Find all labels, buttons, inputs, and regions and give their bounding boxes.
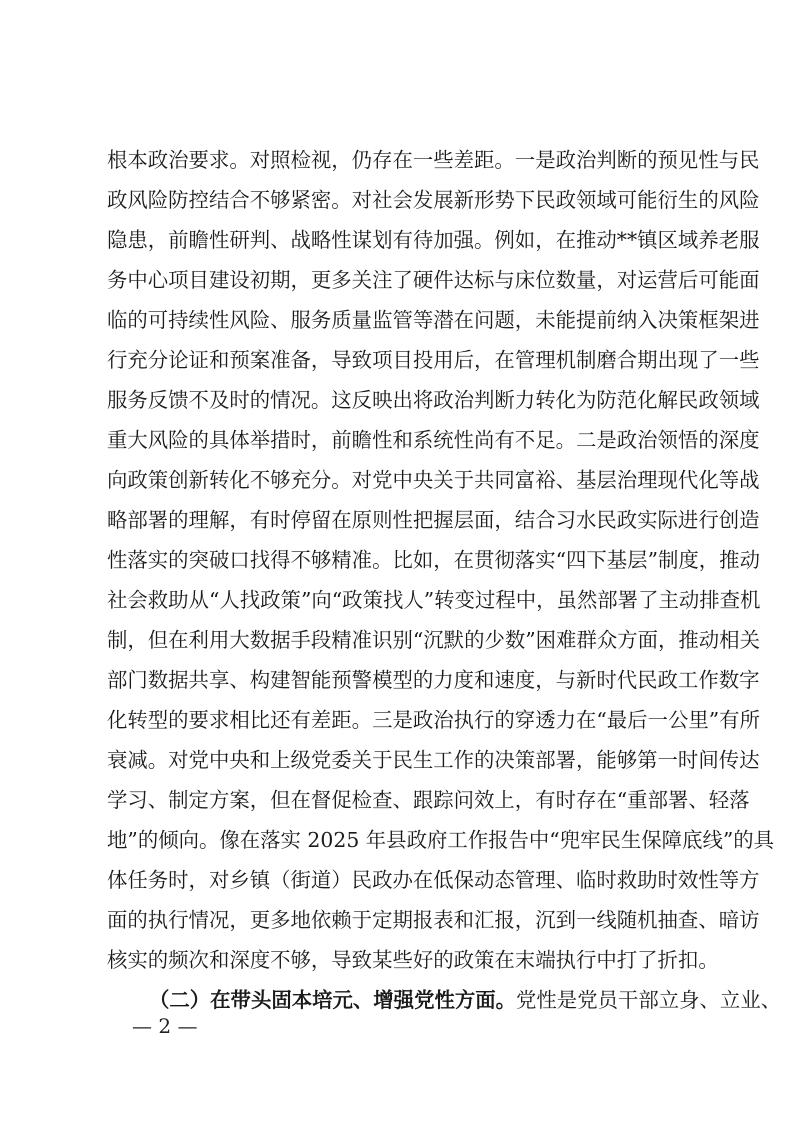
text-line: 衰减。对党中央和上级党委关于民生工作的决策部署，能够第一时间传达: [107, 743, 697, 783]
text-line: 行充分论证和预案准备，导致项目投用后，在管理机制磨合期出现了一些: [107, 343, 697, 383]
text-line: 性落实的突破口找得不够精准。比如，在贯彻落实“四下基层”制度，推动: [107, 543, 697, 583]
text-line: 地”的倾向。像在落实 2025 年县政府工作报告中“兜牢民生保障底线”的具: [107, 823, 697, 863]
text-line: 略部署的理解，有时停留在原则性把握层面，结合习水民政实际进行创造: [107, 503, 697, 543]
paragraph-political-gaps: 根本政治要求。对照检视，仍存在一些差距。一是政治判断的预见性与民 政风险防控结合…: [107, 143, 697, 983]
text-line: 社会救助从“人找政策”向“政策找人”转变过程中，虽然部署了主动排查机: [107, 583, 697, 623]
page-number: — 2 —: [132, 1014, 197, 1038]
document-body: 根本政治要求。对照检视，仍存在一些差距。一是政治判断的预见性与民 政风险防控结合…: [107, 143, 697, 1023]
text-line: 向政策创新转化不够充分。对党中央关于共同富裕、基层治理现代化等战: [107, 463, 697, 503]
text-line: 隐患，前瞻性研判、战略性谋划有待加强。例如，在推动**镇区域养老服: [107, 223, 697, 263]
text-line: 部门数据共享、构建智能预警模型的力度和速度，与新时代民政工作数字: [107, 663, 697, 703]
text-line: 体任务时，对乡镇（街道）民政办在低保动态管理、临时救助时效性等方: [107, 863, 697, 903]
text-line: 化转型的要求相比还有差距。三是政治执行的穿透力在“最后一公里”有所: [107, 703, 697, 743]
text-line: 学习、制定方案，但在督促检查、跟踪问效上，有时存在“重部署、轻落: [107, 783, 697, 823]
document-page: 根本政治要求。对照检视，仍存在一些差距。一是政治判断的预见性与民 政风险防控结合…: [0, 0, 793, 1122]
text-line: 核实的频次和深度不够，导致某些好的政策在末端执行中打了折扣。: [107, 943, 697, 983]
text-line: 面的执行情况，更多地依赖于定期报表和汇报，沉到一线随机抽查、暗访: [107, 903, 697, 943]
text-line: 服务反馈不及时的情况。这反映出将政治判断力转化为防范化解民政领域: [107, 383, 697, 423]
section-heading-title: （二）在带头固本培元、增强党性方面。: [149, 988, 516, 1012]
section-heading-continuation: 党性是党员干部立身、立业、: [516, 988, 781, 1012]
text-line: 务中心项目建设初期，更多关注了硬件达标与床位数量，对运营后可能面: [107, 263, 697, 303]
text-line: 临的可持续性风险、服务质量监管等潜在问题，未能提前纳入决策框架进: [107, 303, 697, 343]
text-line: 政风险防控结合不够紧密。对社会发展新形势下民政领域可能衍生的风险: [107, 183, 697, 223]
text-line: 重大风险的具体举措时，前瞻性和系统性尚有不足。二是政治领悟的深度: [107, 423, 697, 463]
text-line: 根本政治要求。对照检视，仍存在一些差距。一是政治判断的预见性与民: [107, 143, 697, 183]
text-line: 制，但在利用大数据手段精准识别“沉默的少数”困难群众方面，推动相关: [107, 623, 697, 663]
